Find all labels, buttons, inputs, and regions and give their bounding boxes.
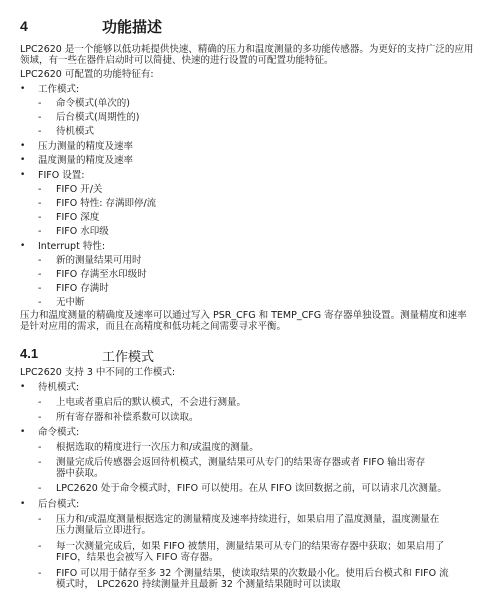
bullet-icon: • [20, 241, 25, 252]
subsection-title: 工作模式 [102, 346, 154, 365]
mode-item: 根据选取的精度进行一次压力和/或温度的测量。 [56, 442, 259, 453]
bullet-icon: • [20, 499, 25, 510]
feature-subitem: 无中断 [56, 297, 85, 308]
section-number: 4 [20, 18, 28, 34]
dash-icon: - [38, 126, 41, 137]
feature-subitem: FIFO 存满至水印级时 [56, 269, 147, 280]
dash-icon: - [38, 412, 41, 423]
dash-icon: - [38, 283, 41, 294]
feature-item: Interrupt 特性: [38, 241, 105, 252]
mode-item: FIFO 可以用于储存至多 32 个测量结果，使读取结果的次数最小化。使用后台模… [56, 568, 449, 579]
feature-item: 工作模式: [38, 84, 79, 95]
dash-icon: - [38, 226, 41, 237]
section-title: 功能描述 [102, 16, 162, 37]
bullet-icon: • [20, 170, 25, 181]
dash-icon: - [38, 457, 41, 468]
mode-item: LPC2620 处于命令模式时，FIFO 可以使用。在从 FIFO 读回数据之前… [56, 483, 447, 494]
bullet-icon: • [20, 382, 25, 393]
feature-subitem: FIFO 存满时 [56, 283, 109, 294]
dash-icon: - [38, 198, 41, 209]
feature-item: 温度测量的精度及速率 [38, 155, 133, 166]
dash-icon: - [38, 483, 41, 494]
closing-line-1: 压力和温度测量的精确度及速率可以通过写入 PSR_CFG 和 TEMP_CFG … [20, 310, 467, 321]
dash-icon: - [38, 297, 41, 308]
mode-item: 所有寄存器和补偿系数可以读取。 [56, 412, 199, 423]
bullet-icon: • [20, 155, 25, 166]
subsection-intro: LPC2620 支持 3 中不同的工作模式: [20, 367, 175, 378]
feature-subitem: FIFO 深度 [56, 212, 99, 223]
feature-subitem: 新的测量结果可用时 [56, 255, 142, 266]
subsection-number: 4.1 [20, 346, 38, 361]
feature-subitem: FIFO 特性: 存满即停/流 [56, 198, 156, 209]
mode-item-continued: 模式时， LPC2620 持续测量并且最新 32 个测量结果随时可以读取 [56, 579, 341, 590]
bullet-icon: • [20, 141, 25, 152]
feature-item: 压力测量的精度及速率 [38, 141, 133, 152]
mode-item: 每一次测量完成后，如果 FIFO 被禁用，测量结果可从专门的结果寄存器中获取；如… [56, 541, 444, 552]
dash-icon: - [38, 269, 41, 280]
mode-item: 测量完成后传感器会返回待机模式，测量结果可从专门的结果寄存器或者 FIFO 输出… [56, 457, 425, 468]
intro-line-2: 领域，有一些在器件启动时可以简捷、快速的进行设置的可配置功能特征。 [20, 55, 334, 66]
mode-label: 命令模式: [38, 427, 79, 438]
dash-icon: - [38, 184, 41, 195]
dash-icon: - [38, 397, 41, 408]
dash-icon: - [38, 255, 41, 266]
dash-icon: - [38, 568, 41, 579]
mode-item-continued: 器中获取。 [56, 468, 104, 479]
dash-icon: - [38, 442, 41, 453]
feature-subitem: 后台模式(周期性的) [56, 112, 139, 123]
closing-line-2: 是针对应用的需求，而且在高精度和低功耗之间需要寻求平衡。 [20, 321, 286, 332]
dash-icon: - [38, 98, 41, 109]
feature-subitem: 待机模式 [56, 126, 94, 137]
bullet-icon: • [20, 427, 25, 438]
mode-label: 待机模式: [38, 382, 79, 393]
feature-subitem: FIFO 开/关 [56, 184, 102, 195]
mode-item: 压力和/或温度测量根据选定的测量精度及速率持续进行，如果启用了温度测量，温度测量… [56, 514, 439, 525]
mode-item-continued: 压力测量后立即进行。 [56, 525, 151, 536]
dash-icon: - [38, 212, 41, 223]
mode-item: 上电或者重启后的默认模式，不会进行测量。 [56, 397, 246, 408]
mode-label: 后台模式: [38, 499, 79, 510]
document-page: 4 功能描述 LPC2620 是一个能够以低功耗提供快速、精确的压力和温度测量的… [0, 0, 498, 600]
dash-icon: - [38, 112, 41, 123]
intro-line-1: LPC2620 是一个能够以低功耗提供快速、精确的压力和温度测量的多功能传感器。… [20, 44, 473, 55]
dash-icon: - [38, 541, 41, 552]
feature-subitem: FIFO 水印级 [56, 226, 109, 237]
mode-item-continued: FIFO，结果也会被写入 FIFO 寄存器。 [56, 552, 218, 563]
dash-icon: - [38, 514, 41, 525]
feature-item: FIFO 设置: [38, 170, 84, 181]
bullet-icon: • [20, 84, 25, 95]
features-lead: LPC2620 可配置的功能特征有: [20, 69, 154, 80]
feature-subitem: 命令模式(单次的) [56, 98, 130, 109]
